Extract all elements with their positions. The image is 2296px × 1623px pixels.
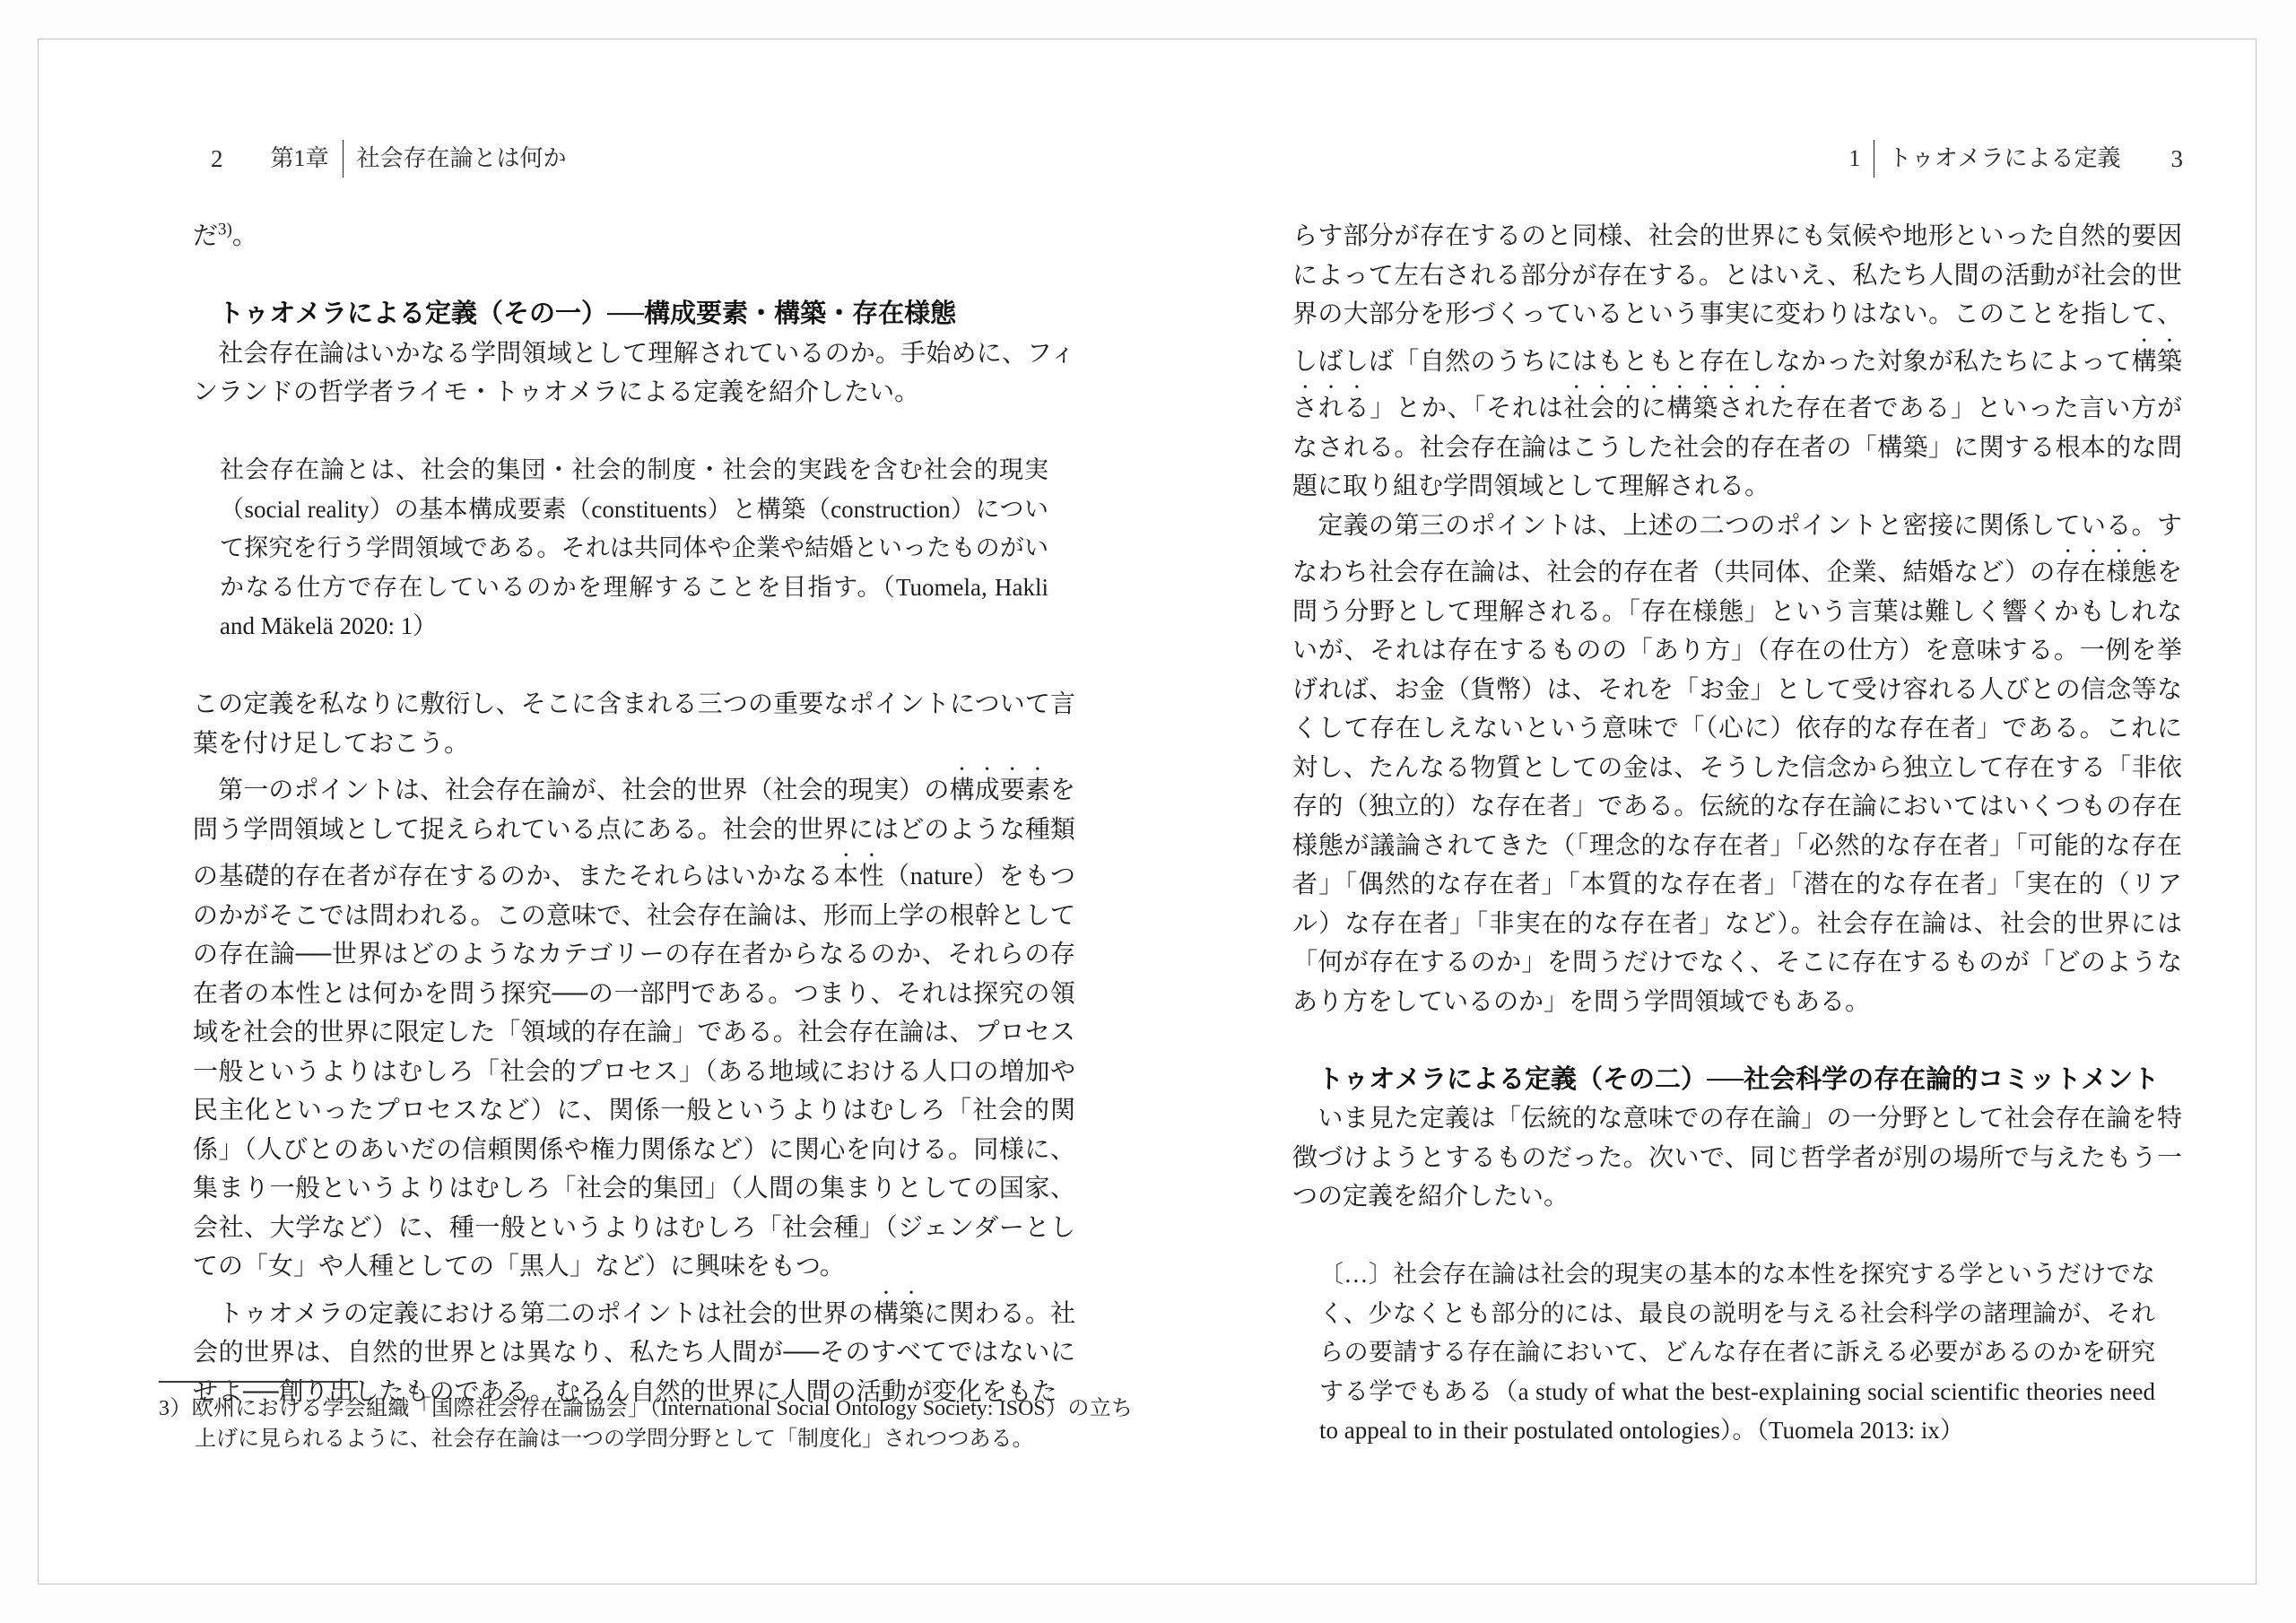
footnote-marker: 3） bbox=[159, 1397, 192, 1420]
section-heading: トゥオメラによる定義（その二）──社会科学の存在論的コミットメント bbox=[1292, 1061, 2182, 1100]
section-number: 1 bbox=[1848, 141, 1860, 177]
line-spacer bbox=[1292, 1021, 2182, 1061]
line-spacer bbox=[1292, 1217, 2182, 1256]
header-divider-line bbox=[343, 140, 344, 178]
emphasis-dotted-text: 構成要素 bbox=[950, 777, 1050, 804]
body-paragraph: 定義の第三のポイントは、上述の二つのポイントと密接に関係している。すなわち社会存… bbox=[1292, 507, 2182, 1022]
running-head-right: 1 トゥオメラによる定義 3 bbox=[1848, 140, 2184, 178]
body-paragraph: 第一のポイントは、社会存在論が、社会的世界（社会的現実）の構成要素を問う学問領域… bbox=[193, 763, 1075, 1287]
body-paragraph: だ3)。 bbox=[193, 217, 1075, 256]
line-spacer bbox=[193, 256, 1075, 296]
emphasis-dotted-text: 社会的に構築された bbox=[1563, 395, 1796, 422]
footnote-reference: 3) bbox=[218, 221, 232, 239]
emphasis-dotted-text: 存在様態 bbox=[2056, 559, 2157, 586]
footnote-text: 欧州における学会組織「国際社会存在論協会」（International Soci… bbox=[192, 1397, 1133, 1451]
section-heading: トゥオメラによる定義（その一）──構成要素・構築・存在様態 bbox=[193, 295, 1075, 334]
footnote: 3）欧州における学会組織「国際社会存在論協会」（International So… bbox=[159, 1393, 1133, 1454]
right-page-text-column: らす部分が存在するのと同様、社会的世界にも気候や地形といった自然的要因によって左… bbox=[1292, 217, 2182, 1451]
block-quote: 社会存在論とは、社会的集団・社会的制度・社会的実践を含む社会的現実（social… bbox=[220, 451, 1048, 647]
emphasis-dotted-text: 本性 bbox=[833, 863, 884, 890]
body-paragraph: 社会存在論はいかなる学問領域として理解されているのか。手始めに、フィンランドの哲… bbox=[193, 334, 1075, 412]
page-number-left: 2 bbox=[211, 141, 224, 177]
body-paragraph: この定義を私なりに敷衍し、そこに含まれる三つの重要なポイントについて言葉を付け足… bbox=[193, 685, 1075, 763]
block-quote: 〔…〕社会存在論は社会的現実の基本的な本性を探究する学というだけでなく、少なくと… bbox=[1319, 1255, 2155, 1451]
line-spacer bbox=[193, 647, 1075, 686]
page-surface: 2 第1章 社会存在論とは何か 1 トゥオメラによる定義 3 だ3)。トゥオメラ… bbox=[38, 39, 2257, 1584]
chapter-label: 第1章 bbox=[271, 141, 329, 177]
body-paragraph: らす部分が存在するのと同様、社会的世界にも気候や地形といった自然的要因によって左… bbox=[1292, 217, 2182, 507]
body-paragraph: いま見た定義は「伝統的な意味での存在論」の一分野として社会存在論を特徴づけようと… bbox=[1292, 1099, 2182, 1217]
left-page-text-column: だ3)。トゥオメラによる定義（その一）──構成要素・構築・存在様態 社会存在論は… bbox=[193, 217, 1075, 1411]
running-head-left: 2 第1章 社会存在論とは何か bbox=[211, 140, 567, 178]
header-divider-line bbox=[1874, 140, 1874, 178]
page-number-right: 3 bbox=[2171, 141, 2185, 177]
book-spread: 2 第1章 社会存在論とは何か 1 トゥオメラによる定義 3 だ3)。トゥオメラ… bbox=[0, 0, 2296, 1623]
section-title: トゥオメラによる定義 bbox=[1888, 141, 2120, 177]
footnote-separator-rule bbox=[159, 1381, 358, 1383]
emphasis-dotted-text: 構築 bbox=[874, 1300, 924, 1328]
line-spacer bbox=[193, 412, 1075, 452]
chapter-title: 社会存在論とは何か bbox=[357, 141, 567, 177]
